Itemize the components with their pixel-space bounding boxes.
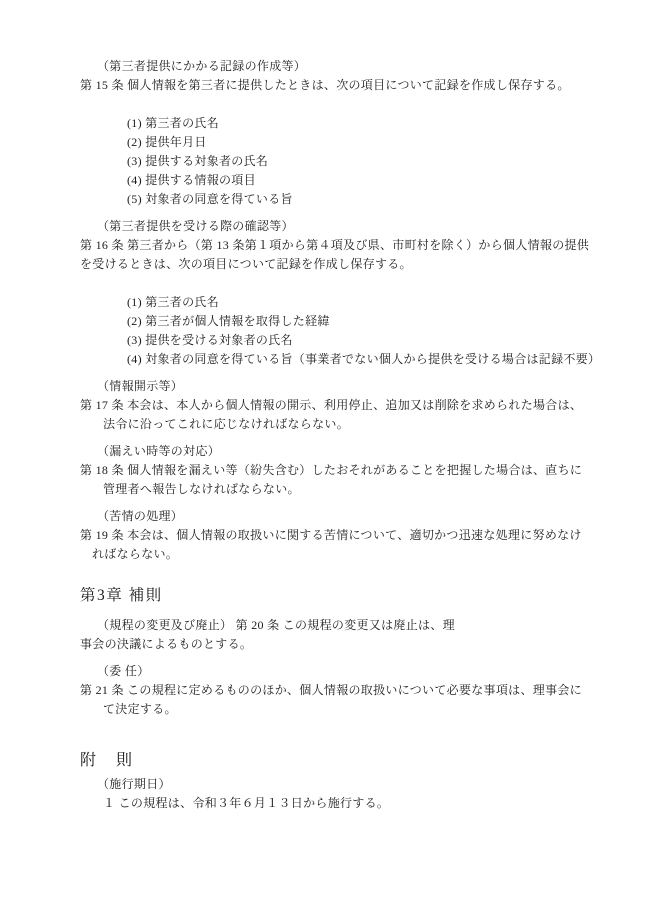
appendix-title: 附 則 bbox=[80, 749, 605, 773]
clause-20-text-line-2: 事会の決議によるものとする。 bbox=[80, 635, 605, 654]
clause-16-items: (1) 第三者の氏名 (2) 第三者が個人情報を取得した経緯 (3) 提供を受け… bbox=[127, 293, 605, 369]
clause-21-text-line-1: 第 21 条 この規程に定めるもののほか、個人情報の取扱いについて必要な事項は、… bbox=[80, 681, 605, 700]
clause-19-caption: （苦情の処理） bbox=[97, 507, 605, 526]
list-item: (4) 対象者の同意を得ている旨（事業者でない個人から提供を受ける場合は記録不要… bbox=[127, 350, 605, 369]
clause-21-caption: （委 任） bbox=[97, 662, 605, 681]
list-item: (4) 提供する情報の項目 bbox=[127, 171, 605, 190]
clause-16-text-line-1: 第 16 条 第三者から（第 13 条第１項から第４項及び県、市町村を除く）から… bbox=[80, 236, 605, 255]
clause-18-text-line-1: 第 18 条 個人情報を漏えい等（紛失含む）したおそれがあることを把握した場合は… bbox=[80, 461, 605, 480]
clause-17-text-line-2: 法令に沿ってこれに応じなければならない。 bbox=[103, 415, 605, 434]
list-item: (2) 第三者が個人情報を取得した経緯 bbox=[127, 312, 605, 331]
clause-19-text-line-1: 第 19 条 本会は、個人情報の取扱いに関する苦情について、適切かつ迅速な処理に… bbox=[80, 526, 605, 545]
clause-15-items: (1) 第三者の氏名 (2) 提供年月日 (3) 提供する対象者の氏名 (4) … bbox=[127, 114, 605, 209]
clause-17-text-line-1: 第 17 条 本会は、本人から個人情報の開示、利用停止、追加又は削除を求められた… bbox=[80, 396, 605, 415]
list-item: (1) 第三者の氏名 bbox=[127, 293, 605, 312]
clause-19-text-line-2: ればならない。 bbox=[92, 545, 605, 564]
appendix-caption: （施行期日） bbox=[97, 775, 605, 794]
clause-19-section: （苦情の処理） 第 19 条 本会は、個人情報の取扱いに関する苦情について、適切… bbox=[80, 507, 605, 564]
clause-15-section: （第三者提供にかかる記録の作成等） 第 15 条 個人情報を第三者に提供したとき… bbox=[80, 57, 605, 209]
clause-15-caption: （第三者提供にかかる記録の作成等） bbox=[97, 57, 605, 76]
clause-21-section: （委 任） 第 21 条 この規程に定めるもののほか、個人情報の取扱いについて必… bbox=[80, 662, 605, 719]
appendix-section: （施行期日） １ この規程は、令和３年６月１３日から施行する。 bbox=[80, 775, 605, 813]
document-page: （第三者提供にかかる記録の作成等） 第 15 条 個人情報を第三者に提供したとき… bbox=[0, 0, 645, 912]
clause-18-section: （漏えい時等の対応） 第 18 条 個人情報を漏えい等（紛失含む）したおそれがあ… bbox=[80, 442, 605, 499]
list-item: (2) 提供年月日 bbox=[127, 133, 605, 152]
chapter-3-title: 第3章 補則 bbox=[80, 584, 605, 608]
clause-16-section: （第三者提供を受ける際の確認等） 第 16 条 第三者から（第 13 条第１項か… bbox=[80, 217, 605, 369]
clause-16-text-line-2: を受けるときは、次の項目について記録を作成し保存する。 bbox=[80, 255, 605, 274]
list-item: (1) 第三者の氏名 bbox=[127, 114, 605, 133]
clause-17-caption: （情報開示等） bbox=[97, 377, 605, 396]
appendix-text-line-1: １ この規程は、令和３年６月１３日から施行する。 bbox=[103, 794, 605, 813]
list-item: (3) 提供する対象者の氏名 bbox=[127, 152, 605, 171]
clause-18-caption: （漏えい時等の対応） bbox=[97, 442, 605, 461]
list-item: (5) 対象者の同意を得ている旨 bbox=[127, 190, 605, 209]
clause-20-section: （規程の変更及び廃止） 第 20 条 この規程の変更又は廃止は、理 事会の決議に… bbox=[80, 616, 605, 654]
clause-17-section: （情報開示等） 第 17 条 本会は、本人から個人情報の開示、利用停止、追加又は… bbox=[80, 377, 605, 434]
clause-18-text-line-2: 管理者へ報告しなければならない。 bbox=[103, 480, 605, 499]
clause-21-text-line-2: て決定する。 bbox=[103, 700, 605, 719]
clause-15-text: 第 15 条 個人情報を第三者に提供したときは、次の項目について記録を作成し保存… bbox=[80, 76, 605, 95]
clause-16-caption: （第三者提供を受ける際の確認等） bbox=[97, 217, 605, 236]
list-item: (3) 提供を受ける対象者の氏名 bbox=[127, 331, 605, 350]
document-content: （第三者提供にかかる記録の作成等） 第 15 条 個人情報を第三者に提供したとき… bbox=[0, 0, 645, 813]
clause-20-text-line-1: （規程の変更及び廃止） 第 20 条 この規程の変更又は廃止は、理 bbox=[97, 616, 605, 635]
